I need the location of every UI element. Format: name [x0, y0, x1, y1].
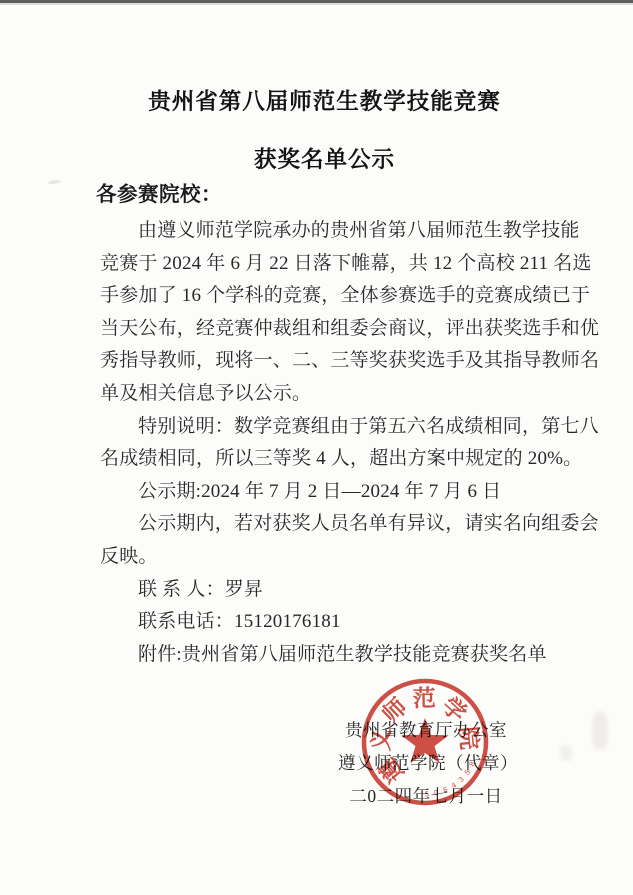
body-line: 单及相关信息予以公示。	[100, 378, 578, 411]
scan-noise-smudge	[560, 745, 572, 761]
body-line: 手参加了 16 个学科的竞赛，全体参赛选手的竞赛成绩已于	[100, 280, 578, 313]
body-line: 由遵义师范学院承办的贵州省第八届师范生教学技能	[100, 215, 578, 248]
body-line-attachment: 附件:贵州省第八届师范生教学技能竞赛获奖名单	[100, 639, 578, 672]
body-line-contact-name: 联 系 人：罗昇	[100, 574, 578, 607]
scan-noise-smudge	[592, 712, 608, 750]
body-line: 反映。	[100, 541, 578, 574]
scan-noise-speck	[48, 179, 61, 185]
document-title-line1: 贵州省第八届师范生教学技能竞赛	[8, 84, 633, 116]
body-line: 竞赛于 2024 年 6 月 22 日落下帷幕，共 12 个高校 211 名选	[100, 248, 578, 281]
salutation: 各参赛院校：	[96, 177, 222, 207]
body-line: 当天公布，经竞赛仲裁组和组委会商议，评出获奖选手和优	[100, 313, 578, 346]
svg-text:范: 范	[413, 686, 436, 711]
document-title-line2: 获奖名单公示	[8, 142, 633, 174]
signature-block: 贵州省教育厅办公室 遵义师范学院（代章） 二0二四年七月一日	[338, 714, 514, 813]
notice-body: 由遵义师范学院承办的贵州省第八届师范生教学技能 竞赛于 2024 年 6 月 2…	[100, 215, 578, 671]
scan-noise-speck	[128, 190, 133, 193]
scan-top-edge-fade	[0, 3, 633, 5]
issue-date: 二0二四年七月一日	[338, 780, 514, 813]
body-line: 秀指导教师，现将一、二、三等奖获奖选手及其指导教师名	[100, 345, 578, 378]
body-line: 特别说明：数学竞赛组由于第五六名成绩相同，第七八	[100, 411, 578, 444]
body-line-public-period: 公示期:2024 年 7 月 2 日—2024 年 7 月 6 日	[100, 476, 578, 509]
scanned-notice-page: 贵州省第八届师范生教学技能竞赛 获奖名单公示 各参赛院校： 由遵义师范学院承办的…	[0, 0, 633, 895]
body-line: 名成绩相同，所以三等奖 4 人，超出方案中规定的 20%。	[100, 443, 578, 476]
issuing-org-line2: 遵义师范学院（代章）	[338, 747, 514, 780]
body-line-contact-phone: 联系电话：15120176181	[100, 606, 578, 639]
issuing-org-line1: 贵州省教育厅办公室	[338, 714, 514, 747]
body-line: 公示期内，若对获奖人员名单有异议，请实名向组委会	[100, 508, 578, 541]
